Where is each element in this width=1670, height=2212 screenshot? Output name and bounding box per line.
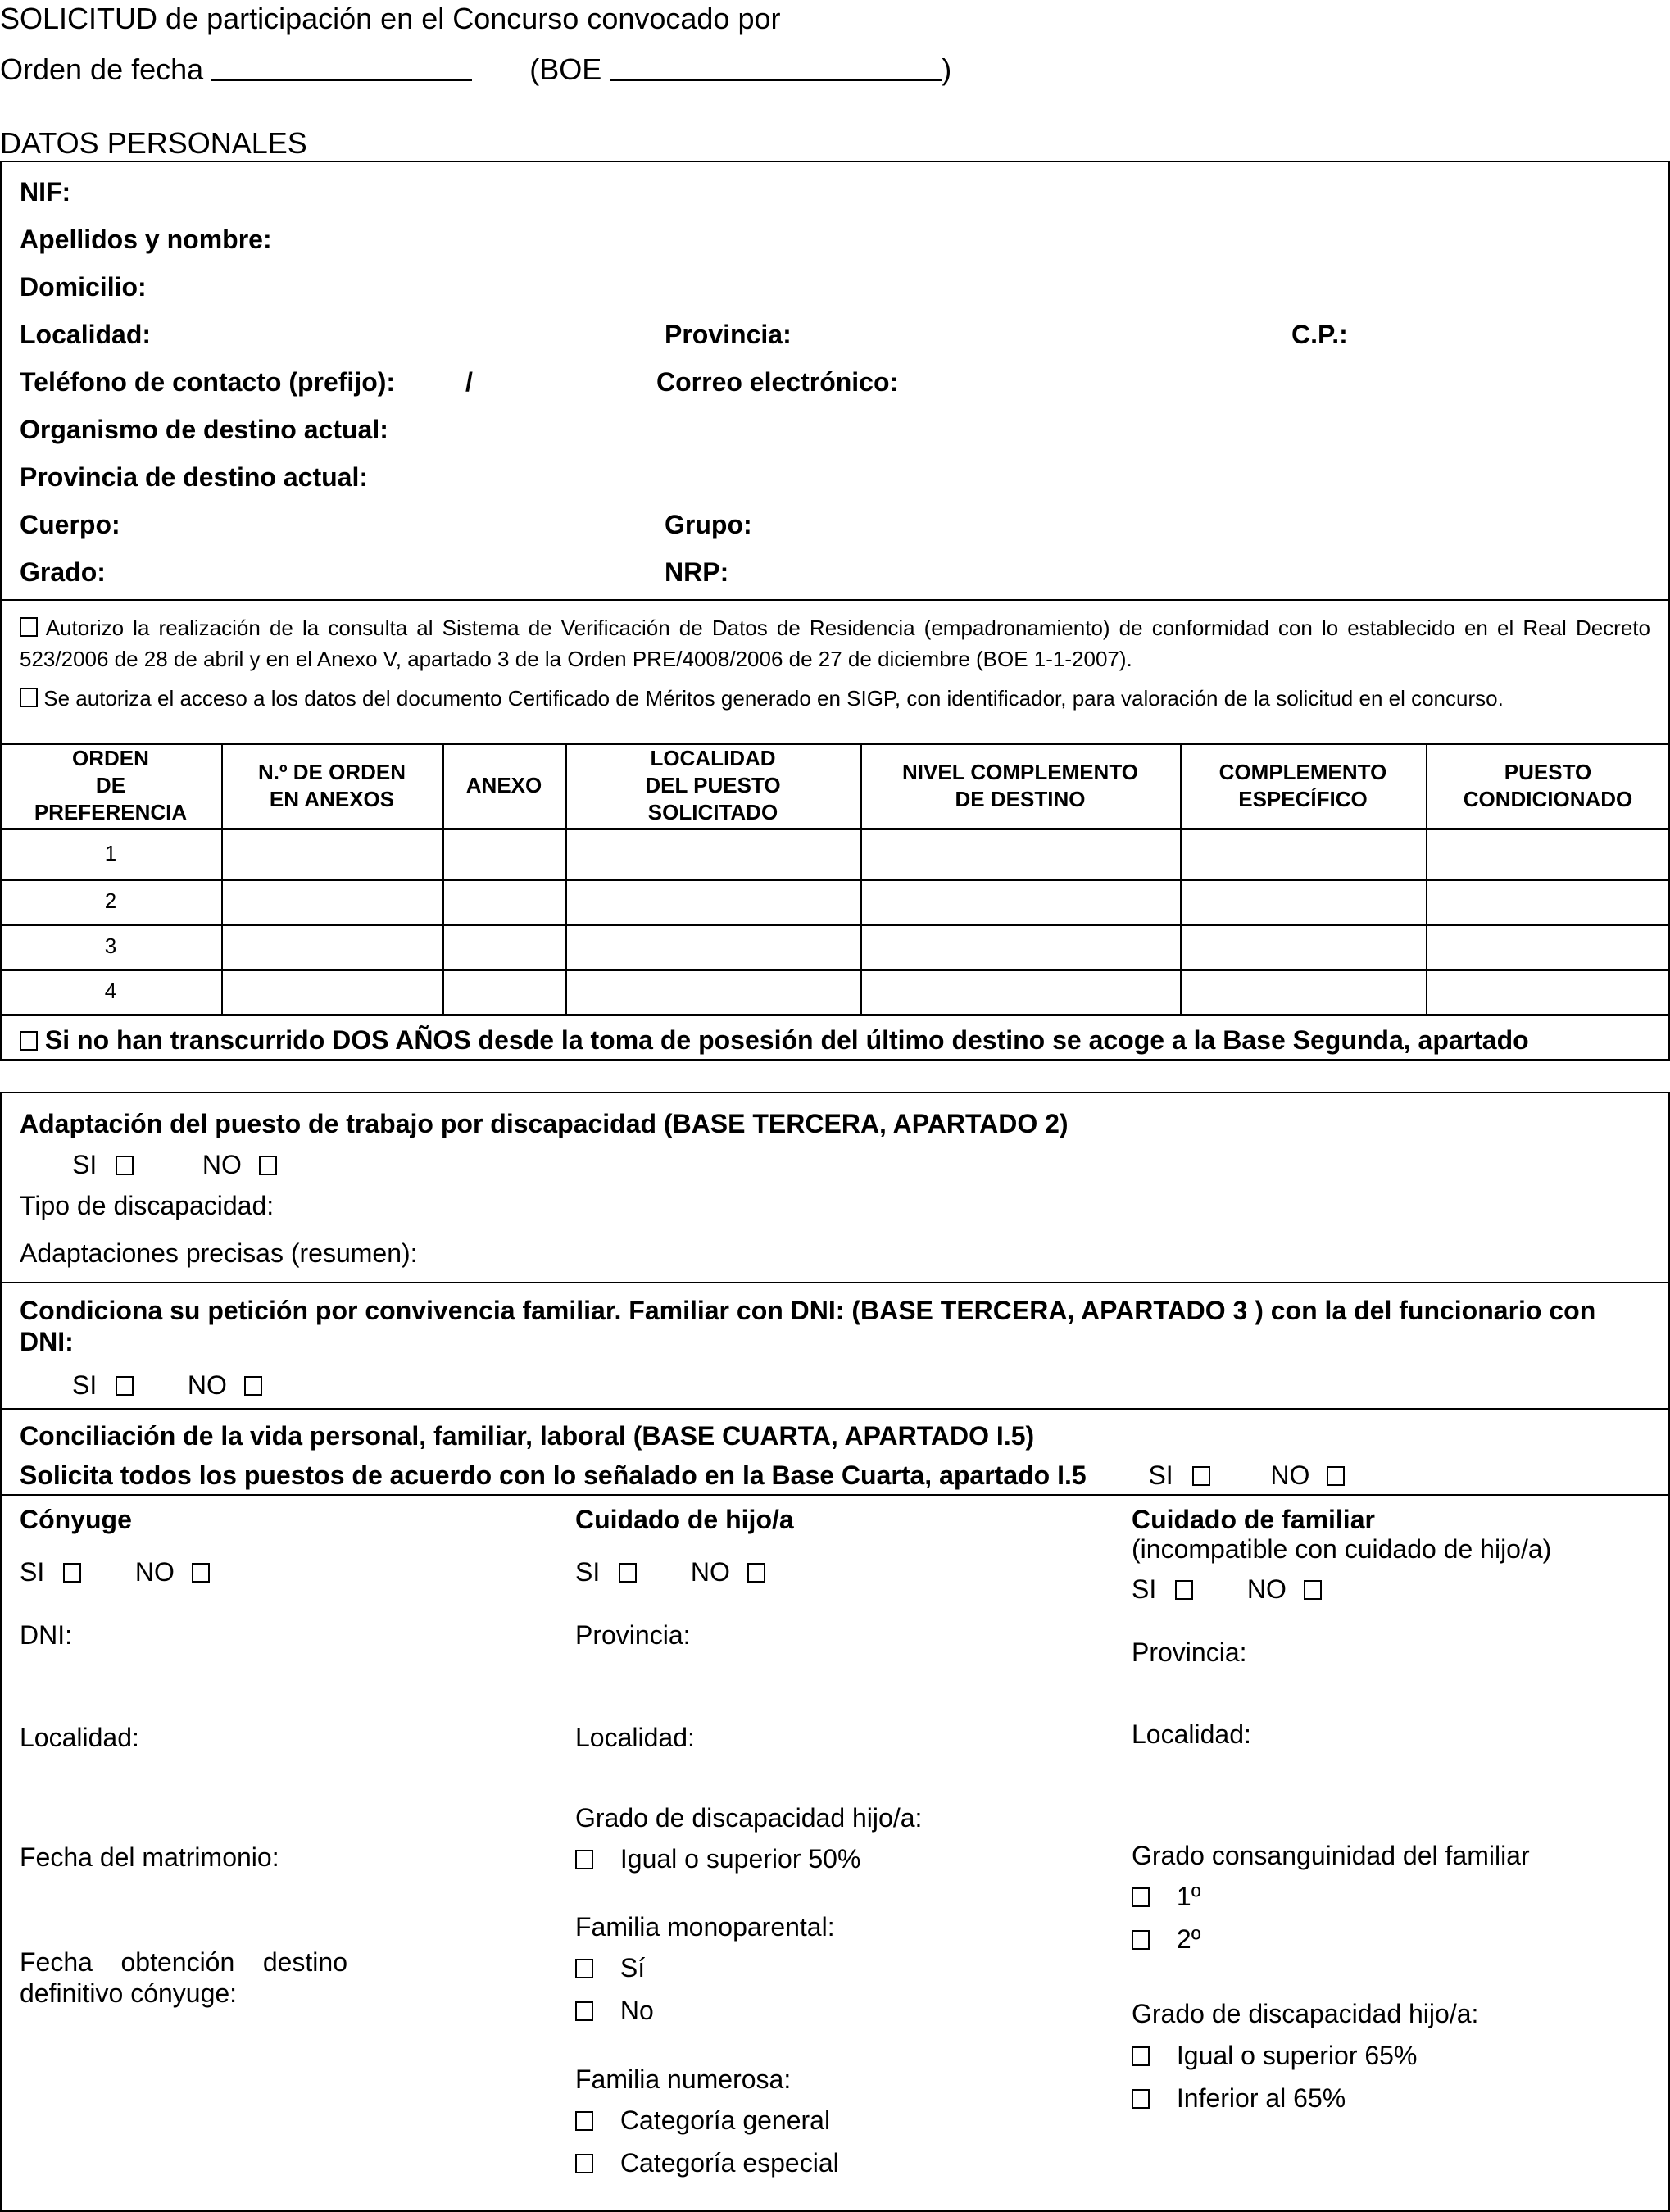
conciliacion-no-checkbox[interactable] xyxy=(1327,1466,1345,1486)
hijo-no-label: NO xyxy=(691,1557,730,1587)
hijo-monoparental-si-checkbox[interactable] xyxy=(575,1959,593,1978)
conyuge-options: SI NO xyxy=(20,1557,210,1587)
table-cell-input[interactable] xyxy=(442,879,565,924)
conyuge-no-label: NO xyxy=(135,1557,175,1587)
adaptacion-no-label: NO xyxy=(202,1150,242,1179)
hijo-numerosa-especial-label: Categoría especial xyxy=(620,2148,839,2178)
table-column-header: NIVEL COMPLEMENTO DE DESTINO xyxy=(860,743,1180,828)
form-title: SOLICITUD de participación en el Concurs… xyxy=(0,2,781,36)
conciliacion-si-checkbox[interactable] xyxy=(1192,1466,1210,1486)
conyuge-no-checkbox[interactable] xyxy=(192,1563,210,1583)
boe-label: (BOE xyxy=(529,52,601,86)
familiar-provincia-label: Provincia: xyxy=(1132,1637,1247,1668)
convivencia-title: Condiciona su petición por convivencia f… xyxy=(20,1295,1650,1357)
boe-close: ) xyxy=(942,52,951,86)
table-cell-input[interactable] xyxy=(1180,924,1426,969)
convivencia-si-label: SI xyxy=(72,1370,97,1400)
hijo-numerosa-general: Categoría general xyxy=(575,2105,830,2136)
divider xyxy=(0,599,1670,601)
table-cell-input[interactable] xyxy=(860,969,1180,1014)
familiar-grado-65-superior-checkbox[interactable] xyxy=(1132,2046,1150,2066)
hijo-grado-option: Igual o superior 50% xyxy=(575,1844,860,1874)
adaptacion-si-checkbox[interactable] xyxy=(116,1156,134,1175)
convivencia-si-checkbox[interactable] xyxy=(116,1376,134,1396)
table-row-border xyxy=(0,1014,1670,1016)
conyuge-fecha-obtencion-label: Fecha obtención destino definitivo cónyu… xyxy=(20,1946,347,2009)
table-column-header: COMPLEMENTO ESPECÍFICO xyxy=(1180,743,1426,828)
provincia-label: Provincia: xyxy=(665,320,792,350)
table-column-header: LOCALIDAD DEL PUESTO SOLICITADO xyxy=(565,743,860,828)
table-row-orden: 3 xyxy=(0,924,221,969)
hijo-numerosa-general-checkbox[interactable] xyxy=(575,2111,593,2131)
table-cell-input[interactable] xyxy=(442,924,565,969)
table-row-orden: 4 xyxy=(0,969,221,1014)
familiar-options: SI NO xyxy=(1132,1574,1322,1605)
conciliacion-title: Conciliación de la vida personal, famili… xyxy=(20,1421,1034,1451)
tipo-discapacidad-label: Tipo de discapacidad: xyxy=(20,1191,274,1221)
hijo-title: Cuidado de hijo/a xyxy=(575,1505,794,1535)
table-cell-input[interactable] xyxy=(1426,828,1670,879)
hijo-grado-label: Grado de discapacidad hijo/a: xyxy=(575,1803,922,1833)
familiar-si-checkbox[interactable] xyxy=(1175,1580,1193,1600)
hijo-no-checkbox[interactable] xyxy=(747,1563,765,1583)
table-column-header: ANEXO xyxy=(442,743,565,828)
table-cell-input[interactable] xyxy=(442,969,565,1014)
hijo-numerosa-general-label: Categoría general xyxy=(620,2105,830,2135)
cuerpo-label: Cuerpo: xyxy=(20,510,120,540)
familiar-localidad-label: Localidad: xyxy=(1132,1719,1251,1750)
familiar-consanguinidad-2-checkbox[interactable] xyxy=(1132,1930,1150,1950)
table-cell-input[interactable] xyxy=(565,969,860,1014)
cp-label: C.P.: xyxy=(1291,320,1348,350)
table-row-orden: 2 xyxy=(0,879,221,924)
table-cell-input[interactable] xyxy=(221,969,442,1014)
conciliacion-no-label: NO xyxy=(1270,1460,1309,1490)
conyuge-fecha-matrimonio-label: Fecha del matrimonio: xyxy=(20,1842,279,1873)
orden-fecha-field[interactable] xyxy=(211,55,472,81)
familiar-no-checkbox[interactable] xyxy=(1304,1580,1322,1600)
autorizacion-sigp-text: Se autoriza el acceso a los datos del do… xyxy=(43,686,1504,711)
hijo-numerosa-label: Familia numerosa: xyxy=(575,2064,791,2095)
table-column-header: N.º DE ORDEN EN ANEXOS xyxy=(221,743,442,828)
conyuge-si-label: SI xyxy=(20,1557,44,1587)
convivencia-no-checkbox[interactable] xyxy=(244,1376,262,1396)
orden-line: Orden de fecha (BOE ) xyxy=(0,52,951,87)
autorizacion-sigp-checkbox[interactable] xyxy=(20,688,38,707)
conyuge-localidad-label: Localidad: xyxy=(20,1723,139,1753)
familiar-subtitle: (incompatible con cuidado de hijo/a) xyxy=(1132,1534,1551,1565)
table-cell-input[interactable] xyxy=(565,828,860,879)
table-cell-input[interactable] xyxy=(860,828,1180,879)
boe-field[interactable] xyxy=(610,55,942,81)
table-cell-input[interactable] xyxy=(1426,879,1670,924)
conciliacion-si-label: SI xyxy=(1148,1460,1173,1490)
familiar-grado-65-inferior-label: Inferior al 65% xyxy=(1177,2083,1346,2113)
conciliacion-solicita-row: Solicita todos los puestos de acuerdo co… xyxy=(20,1460,1345,1491)
adaptacion-no-checkbox[interactable] xyxy=(259,1156,277,1175)
hijo-monoparental-si: Sí xyxy=(575,1953,645,1983)
apellidos-label: Apellidos y nombre: xyxy=(20,225,272,255)
section-title-datos-personales: DATOS PERSONALES xyxy=(0,126,307,161)
dos-anos-checkbox[interactable] xyxy=(20,1031,38,1051)
provincia-destino-label: Provincia de destino actual: xyxy=(20,462,368,493)
conyuge-si-checkbox[interactable] xyxy=(63,1563,81,1583)
adaptaciones-label: Adaptaciones precisas (resumen): xyxy=(20,1238,418,1269)
table-cell-input[interactable] xyxy=(221,924,442,969)
conyuge-dni-label: DNI: xyxy=(20,1620,72,1651)
hijo-options: SI NO xyxy=(575,1557,765,1587)
table-cell-input[interactable] xyxy=(221,828,442,879)
autorizacion-residencia: Autorizo la realización de la consulta a… xyxy=(20,612,1650,675)
dos-anos-text: Si no han transcurrido DOS AÑOS desde la… xyxy=(45,1025,1529,1055)
hijo-grado-option-label: Igual o superior 50% xyxy=(620,1844,861,1874)
hijo-monoparental-no: No xyxy=(575,1996,654,2026)
familiar-grado-65-inferior: Inferior al 65% xyxy=(1132,2083,1346,2114)
hijo-numerosa-especial: Categoría especial xyxy=(575,2148,839,2178)
table-column-header: ORDEN DE PREFERENCIA xyxy=(0,743,221,828)
hijo-si-label: SI xyxy=(575,1557,600,1587)
hijo-localidad-label: Localidad: xyxy=(575,1723,695,1753)
hijo-si-checkbox[interactable] xyxy=(619,1563,637,1583)
hijo-monoparental-label: Familia monoparental: xyxy=(575,1912,835,1942)
convivencia-no-label: NO xyxy=(188,1370,227,1400)
nrp-label: NRP: xyxy=(665,557,728,588)
familiar-grado-65-superior: Igual o superior 65% xyxy=(1132,2041,1417,2071)
table-cell-input[interactable] xyxy=(860,924,1180,969)
familiar-no-label: NO xyxy=(1247,1574,1287,1604)
table-cell-input[interactable] xyxy=(221,879,442,924)
table-cell-input[interactable] xyxy=(1180,828,1426,879)
hijo-monoparental-no-label: No xyxy=(620,1996,654,2025)
table-cell-input[interactable] xyxy=(442,828,565,879)
nif-label: NIF: xyxy=(20,177,70,207)
adaptacion-title: Adaptación del puesto de trabajo por dis… xyxy=(20,1109,1069,1139)
telefono-label: Teléfono de contacto (prefijo): xyxy=(20,367,395,397)
hijo-provincia-label: Provincia: xyxy=(575,1620,691,1651)
organismo-label: Organismo de destino actual: xyxy=(20,415,388,445)
table-cell-input[interactable] xyxy=(565,879,860,924)
dos-anos-row: Si no han transcurrido DOS AÑOS desde la… xyxy=(20,1025,1529,1056)
divider xyxy=(0,1408,1670,1410)
familiar-title: Cuidado de familiar xyxy=(1132,1505,1375,1535)
hijo-monoparental-no-checkbox[interactable] xyxy=(575,2001,593,2021)
telefono-separator: / xyxy=(465,367,473,397)
familiar-consanguinidad-2: 2º xyxy=(1132,1924,1200,1955)
autorizacion-sigp: Se autoriza el acceso a los datos del do… xyxy=(20,683,1650,714)
autorizacion-residencia-text: Autorizo la realización de la consulta a… xyxy=(20,615,1650,671)
orden-label: Orden de fecha xyxy=(0,52,203,86)
correo-label: Correo electrónico: xyxy=(656,367,898,397)
table-cell-input[interactable] xyxy=(1180,969,1426,1014)
familiar-consanguinidad-label: Grado consanguinidad del familiar xyxy=(1132,1841,1530,1871)
divider xyxy=(0,1282,1670,1283)
familiar-consanguinidad-1: 1º xyxy=(1132,1882,1200,1912)
conyuge-title: Cónyuge xyxy=(20,1505,132,1535)
familiar-grado-label: Grado de discapacidad hijo/a: xyxy=(1132,1999,1478,2029)
adaptacion-options: SI NO xyxy=(72,1150,277,1180)
hijo-numerosa-especial-checkbox[interactable] xyxy=(575,2154,593,2173)
grado-label: Grado: xyxy=(20,557,106,588)
grupo-label: Grupo: xyxy=(665,510,752,540)
adaptacion-si-label: SI xyxy=(72,1150,97,1179)
table-cell-input[interactable] xyxy=(1180,879,1426,924)
domicilio-label: Domicilio: xyxy=(20,272,147,302)
table-row-orden: 1 xyxy=(0,828,221,879)
table-cell-input[interactable] xyxy=(1426,969,1670,1014)
familiar-consanguinidad-1-checkbox[interactable] xyxy=(1132,1887,1150,1907)
familiar-consanguinidad-2-label: 2º xyxy=(1177,1924,1200,1954)
table-column-header: PUESTO CONDICIONADO xyxy=(1426,743,1670,828)
hijo-grado-checkbox[interactable] xyxy=(575,1850,593,1869)
familiar-grado-65-superior-label: Igual o superior 65% xyxy=(1177,2041,1418,2070)
familiar-si-label: SI xyxy=(1132,1574,1156,1604)
autorizacion-residencia-checkbox[interactable] xyxy=(20,617,38,637)
localidad-label: Localidad: xyxy=(20,320,151,350)
hijo-monoparental-si-label: Sí xyxy=(620,1953,645,1983)
divider xyxy=(0,1494,1670,1496)
table-cell-input[interactable] xyxy=(1426,924,1670,969)
table-cell-input[interactable] xyxy=(860,879,1180,924)
conciliacion-solicita-text: Solicita todos los puestos de acuerdo co… xyxy=(20,1460,1087,1490)
familiar-consanguinidad-1-label: 1º xyxy=(1177,1882,1200,1911)
table-cell-input[interactable] xyxy=(565,924,860,969)
convivencia-options: SI NO xyxy=(72,1370,262,1401)
familiar-grado-65-inferior-checkbox[interactable] xyxy=(1132,2089,1150,2109)
